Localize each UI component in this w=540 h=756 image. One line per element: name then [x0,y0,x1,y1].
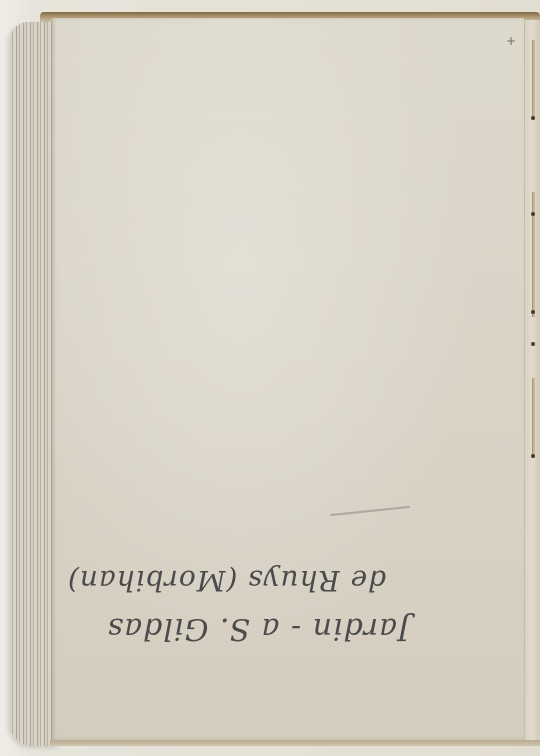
binding-stitch [532,40,535,120]
handwritten-inscription: Jardin - a S. Gildas de Rhuys (Morbihan) [76,490,416,660]
binding-stitch [532,378,535,458]
bottom-page-edge [50,740,540,746]
stitch-hole [531,454,535,458]
inscription-line-2: de Rhuys (Morbihan) [76,564,386,597]
corner-mark: + [506,34,516,48]
binding-gutter [524,20,540,740]
stitch-hole [531,342,535,346]
page-stack-edge [10,22,58,746]
stitch-hole [531,212,535,216]
stitch-hole [531,116,535,120]
stitch-hole [531,310,535,314]
binding-stitch [532,192,535,317]
inscription-line-1: Jardin - a S. Gildas [76,611,410,646]
